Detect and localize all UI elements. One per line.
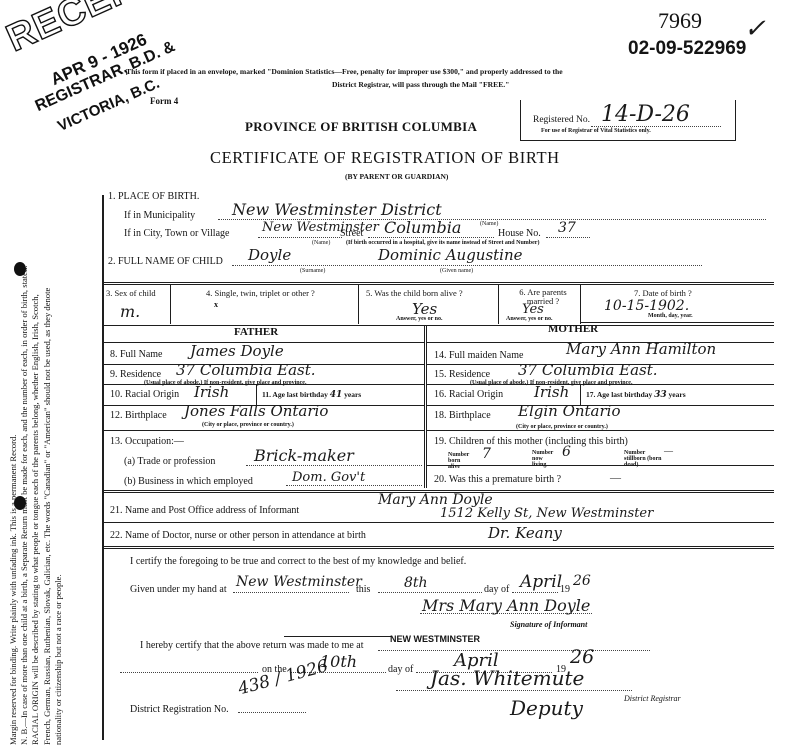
mother-now-living-label: Number now living	[532, 450, 556, 468]
margin-note-racial-origin-3: nationality or citizenship but not a rac…	[53, 105, 64, 745]
city-sub: (Name)	[312, 240, 330, 246]
father-birthplace-value: Jones Falls Ontario	[184, 402, 328, 420]
mother-name-value: Mary Ann Hamilton	[566, 340, 716, 358]
mother-age-label: 17. Age last birthday 33 years	[586, 390, 686, 400]
mother-residence-label: 15. Residence	[434, 369, 490, 380]
father-age-label: 11. Age last birthday 41 years	[262, 390, 361, 400]
given-year-value: 26	[573, 573, 591, 589]
date-of-birth-sub: Month, day, year.	[648, 313, 693, 319]
mother-birthplace-sub: (City or place, province or country.)	[516, 424, 608, 430]
given-day-value: 8th	[404, 575, 428, 591]
registrar-day-of-label: day of	[388, 664, 413, 675]
margin-note-binding: Margin reserved for binding. Write plain…	[8, 105, 19, 745]
child-given-names: Dominic Augustine	[378, 246, 523, 264]
mother-age-unit: years	[669, 390, 686, 399]
given-month-value: April	[520, 572, 562, 592]
given-year-prefix: 19	[560, 584, 570, 595]
child-surname: Doyle	[248, 246, 291, 264]
certification-statement: I certify the foregoing to be true and c…	[130, 556, 466, 567]
municipality-label: If in Municipality	[124, 210, 195, 221]
mother-name-label: 14. Full maiden Name	[434, 350, 523, 361]
child-name-label: 2. FULL NAME OF CHILD	[108, 256, 223, 267]
street-label: Street	[340, 228, 363, 239]
parents-married-value: Yes	[522, 302, 544, 317]
district-registration-label: District Registration No.	[130, 704, 229, 715]
father-trade-label: (a) Trade or profession	[124, 456, 215, 467]
father-age-value: 41	[330, 390, 343, 400]
father-name-value: James Doyle	[190, 342, 284, 360]
mother-residence-value: 37 Columbia East.	[518, 361, 658, 379]
registrar-year-value: 26	[570, 646, 594, 668]
father-business-label: (b) Business in which employed	[124, 476, 253, 487]
margin-instructions: Margin reserved for binding. Write plain…	[8, 105, 64, 745]
doctor-label: 22. Name of Doctor, nurse or other perso…	[110, 530, 366, 541]
margin-note-separate-return: N. B.—In case of more than one child at …	[19, 105, 30, 745]
father-name-label: 8. Full Name	[110, 349, 163, 360]
mother-heading: MOTHER	[548, 323, 598, 335]
mother-birthplace-value: Elgin Ontario	[518, 402, 621, 420]
city-label: If in City, Town or Village	[124, 228, 229, 239]
house-number-value: 37	[558, 220, 576, 236]
informant-address-value: 1512 Kelly St, New Westminster	[440, 506, 653, 521]
father-racial-label: 10. Racial Origin	[110, 389, 179, 400]
registrar-deputy: Deputy	[510, 696, 583, 720]
district-registration-value: 438 / 1926	[236, 656, 330, 699]
street-value: Columbia	[384, 218, 461, 237]
form-number: Form 4	[150, 96, 178, 106]
registrar-signature: Jas. Whitemute	[430, 666, 584, 690]
plurality-label: 4. Single, twin, triplet or other ?	[206, 288, 315, 298]
mother-age-text: 17. Age last birthday	[586, 390, 652, 399]
father-birthplace-sub: (City or place, province or country.)	[202, 422, 294, 428]
place-of-birth-heading: 1. PLACE OF BIRTH.	[108, 191, 199, 202]
form-left-border	[102, 195, 104, 740]
father-occupation-label: 13. Occupation:—	[110, 436, 184, 447]
given-day-of-label: day of	[484, 584, 509, 595]
check-mark-icon: ✓	[744, 14, 766, 44]
mailing-note-line1: This form if placed in an envelope, mark…	[126, 67, 563, 76]
premature-birth-label: 20. Was this a premature birth ?	[434, 474, 561, 485]
registered-number-value: 14-D-26	[601, 102, 690, 127]
informant-label: 21. Name and Post Office address of Info…	[110, 505, 299, 516]
plurality-value: x	[214, 300, 218, 309]
father-residence-value: 37 Columbia East.	[176, 361, 316, 379]
father-residence-label: 9. Residence	[110, 369, 161, 380]
mother-born-alive-label: Number born alive	[448, 452, 470, 470]
father-racial-value: Irish	[194, 383, 229, 401]
date-of-birth-label: 7. Date of birth ?	[634, 288, 692, 298]
registrar-statement: I hereby certify that the above return w…	[140, 640, 364, 651]
sex-label: 3. Sex of child	[106, 288, 156, 298]
registered-number-label: Registered No.	[533, 115, 590, 125]
certificate-title: CERTIFICATE OF REGISTRATION OF BIRTH	[210, 148, 560, 168]
mailing-note-line2: District Registrar, will pass through th…	[332, 80, 509, 89]
mother-birthplace-label: 18. Birthplace	[434, 410, 491, 421]
born-alive-sub: Answer, yes or no.	[396, 316, 443, 322]
binding-hole-icon	[14, 496, 26, 510]
certificate-subtitle: (BY PARENT OR GUARDIAN)	[345, 172, 448, 181]
mother-stillborn-label: Number stillborn (born dead)	[624, 450, 668, 468]
registrar-signature-label: District Registrar	[624, 694, 681, 703]
municipality-value: New Westminster District	[232, 200, 442, 219]
mother-racial-value: Irish	[534, 383, 569, 401]
doctor-value: Dr. Keany	[488, 524, 562, 542]
mother-racial-label: 16. Racial Origin	[434, 389, 503, 400]
father-age-text: 11. Age last birthday	[262, 390, 328, 399]
house-number-label: House No.	[498, 228, 541, 239]
margin-note-racial-origin: RACIAL ORIGIN will be described by stati…	[30, 105, 41, 745]
mother-age-value: 33	[654, 390, 667, 400]
given-place-value: New Westminster	[236, 574, 362, 590]
registrar-place-value: NEW WESTMINSTER	[390, 634, 480, 644]
margin-note-racial-origin-2: French, German, Russian, Ruthenian, Slov…	[42, 105, 53, 745]
father-trade-value: Brick-maker	[254, 446, 354, 465]
premature-birth-value: —	[610, 472, 621, 484]
file-number-top: 7969	[658, 8, 702, 34]
informant-signature-label: Signature of Informant	[510, 620, 587, 629]
registered-number-note: For use of Registrar of Vital Statistics…	[541, 128, 651, 134]
child-surname-sub: (Surname)	[300, 268, 325, 274]
parents-married-sub: Answer, yes or no.	[506, 316, 553, 322]
informant-signature: Mrs Mary Ann Doyle	[422, 596, 590, 615]
province-heading: PROVINCE OF BRITISH COLUMBIA	[245, 119, 477, 135]
father-business-value: Dom. Gov't	[292, 470, 365, 485]
mother-children-label: 19. Children of this mother (including t…	[434, 436, 628, 447]
child-given-sub: (Given name)	[440, 268, 473, 274]
mother-born-alive-value: 7	[482, 446, 491, 462]
given-this-label: this	[356, 584, 370, 595]
registered-number-box: Registered No. 14-D-26 For use of Regist…	[520, 100, 736, 141]
mother-stillborn-value: —	[664, 446, 673, 456]
mother-now-living-value: 6	[562, 444, 571, 460]
file-number-second: 02-09-522969	[628, 38, 746, 60]
born-alive-label: 5. Was the child born alive ?	[366, 288, 463, 298]
municipality-sub: (Name)	[480, 221, 498, 227]
sex-value: m.	[120, 302, 140, 321]
given-under-hand-label: Given under my hand at	[130, 584, 227, 595]
date-of-birth-value: 10-15-1902.	[604, 298, 689, 314]
binding-hole-icon	[14, 262, 26, 276]
father-age-unit: years	[344, 390, 361, 399]
father-birthplace-label: 12. Birthplace	[110, 410, 167, 421]
father-heading: FATHER	[234, 326, 278, 338]
